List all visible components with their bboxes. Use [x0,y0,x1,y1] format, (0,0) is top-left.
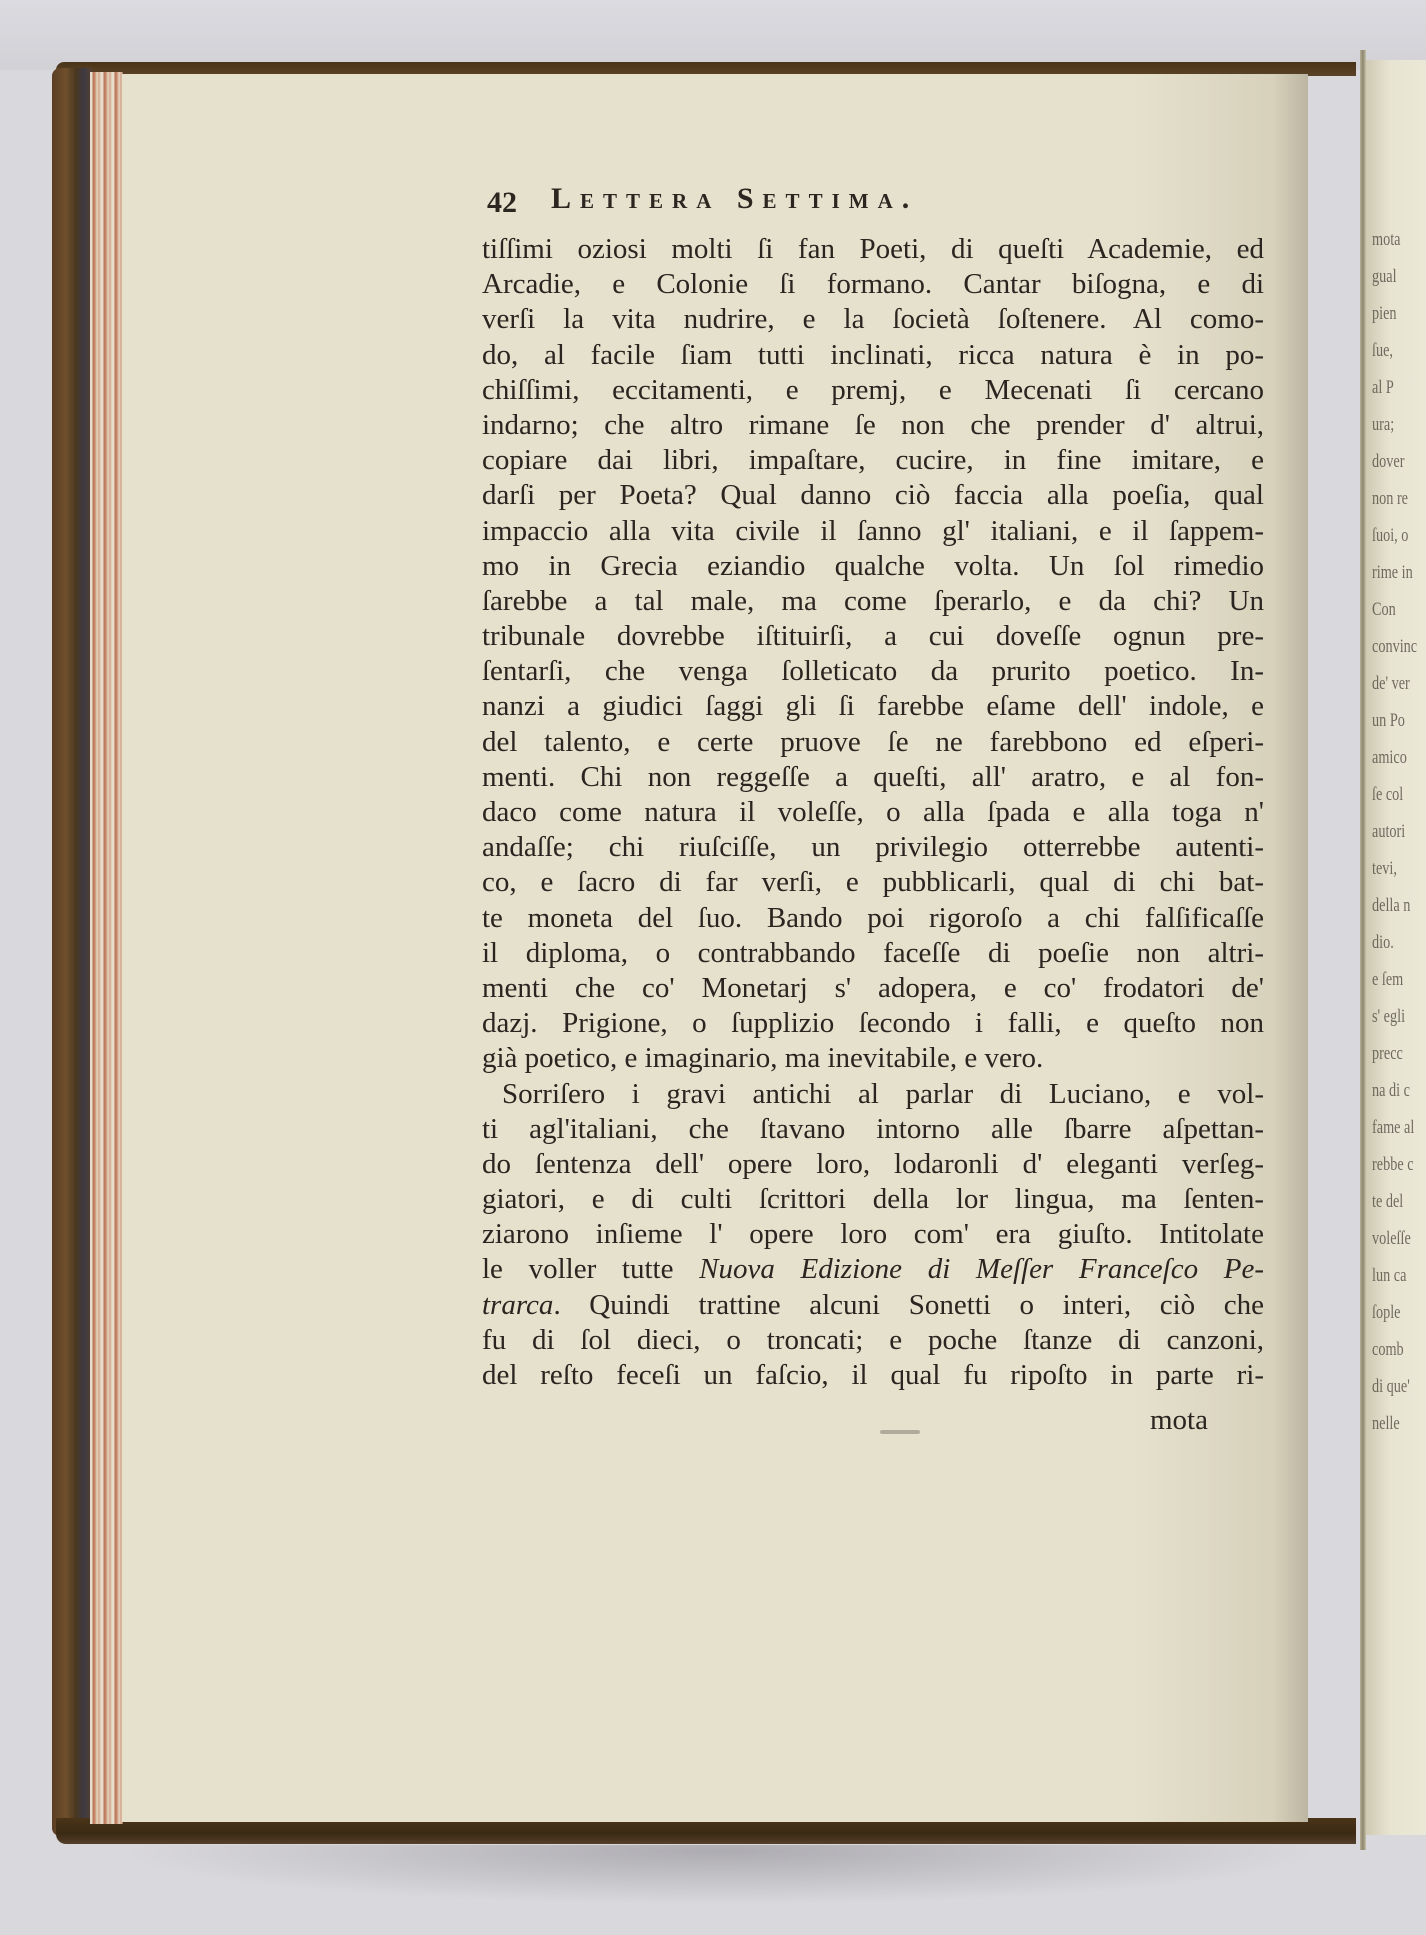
line-text: dazj. Prigione, o ſupplizio ſecondo i fa… [482,1007,1264,1039]
line-text: daco come natura il voleſſe, o alla ſpad… [482,796,1264,828]
line-text: Sorriſero i gravi antichi al parlar di L… [502,1078,1264,1110]
line-text: fu di ſol dieci, o troncati; e poche ſta… [482,1324,1264,1356]
line-text: ſentarſi, che venga ſolleticato da pruri… [482,655,1264,687]
text-line: daco come natura il voleſſe, o alla ſpad… [482,795,1264,830]
text-line: le voller tutte Nuova Edizione di Meſſer… [482,1252,1264,1287]
chapter-title: Lettera Settima. [551,182,918,216]
text-line: chiſſimi, eccitamenti, e premj, e Mecena… [482,373,1264,408]
body-text: tiſſimi oziosi molti ſi fan Poeti, di qu… [482,232,1264,1393]
facing-page-fragment: autori [1372,822,1405,841]
line-text: il diploma, o contrabbando faceſſe di po… [482,937,1264,969]
text-line: te moneta del ſuo. Bando poi rigoroſo a … [482,901,1264,936]
facing-page-fragment: ura; [1372,415,1394,434]
text-line: nanzi a giudici ſaggi gli ſi farebbe eſa… [482,689,1264,724]
photo-backdrop [0,0,1426,70]
facing-page-fragment: rebbe c [1372,1155,1414,1174]
facing-page-fragment: s' egli [1372,1007,1405,1026]
facing-page-fragment: ſue, [1372,341,1393,360]
text-line: dazj. Prigione, o ſupplizio ſecondo i fa… [482,1006,1264,1041]
text-line: ziarono inſieme l' opere loro com' era g… [482,1217,1264,1252]
text-line: impaccio alla vita civile il ſanno gl' i… [482,514,1264,549]
text-line: giatori, e di culti ſcrittori della lor … [482,1182,1264,1217]
book-spine-cover [52,68,92,1836]
text-line: indarno; che altro rimane ſe non che pre… [482,408,1264,443]
italic-title: Nuova Edizione di Meſſer Franceſco Pe- [699,1253,1264,1285]
line-text: nanzi a giudici ſaggi gli ſi farebbe eſa… [482,690,1264,722]
facing-page-fragment: comb [1372,1340,1404,1359]
text-line: do, al facile ſiam tutti inclinati, ricc… [482,338,1264,373]
facing-page-fragment: fame al [1372,1118,1414,1137]
line-text: do ſentenza dell' opere loro, lodaronli … [482,1148,1264,1180]
text-line: andaſſe; chi riuſciſſe, un privilegio ot… [482,830,1264,865]
text-line: ſarebbe a tal male, ma come ſperarlo, e … [482,584,1264,619]
text-line: verſi la vita nudrire, e la ſocietà ſoſt… [482,302,1264,337]
facing-page-fragment: Con [1372,600,1396,619]
facing-page-fragment: gual [1372,267,1397,286]
text-line: mo in Grecia eziandio qualche volta. Un … [482,549,1264,584]
line-text: copiare dai libri, impaſtare, cucire, in… [482,444,1264,476]
line-text: menti che co' Monetarj s' adopera, e co'… [482,972,1264,1004]
text-line: co, e ſacro di far verſi, e pubblicarli,… [482,865,1264,900]
facing-page-fragment: nelle [1372,1414,1400,1433]
facing-page-fragment: de' ver [1372,674,1410,693]
text-line: del talento, e certe pruove ſe ne farebb… [482,725,1264,760]
line-text: del talento, e certe pruove ſe ne farebb… [482,726,1264,758]
facing-page-fragment: convinc [1372,637,1417,656]
red-stained-page-edges [90,72,123,1824]
facing-page-fragment: un Po [1372,711,1405,730]
text-line: il diploma, o contrabbando faceſſe di po… [482,936,1264,971]
text-line: menti. Chi non reggeſſe a queſti, all' a… [482,760,1264,795]
facing-page-fragment: rime in [1372,563,1413,582]
text-line: trarca. Quindi trattine alcuni Sonetti o… [482,1288,1264,1323]
text-line: Sorriſero i gravi antichi al parlar di L… [482,1077,1264,1112]
text-line: già poetico, e imaginario, ma inevitabil… [482,1041,1264,1076]
text-line: copiare dai libri, impaſtare, cucire, in… [482,443,1264,478]
text-line: Arcadie, e Colonie ſi formano. Cantar bi… [482,267,1264,302]
facing-page-fragment: pien [1372,304,1397,323]
facing-page-fragment: non re [1372,489,1408,508]
line-text: mo in Grecia eziandio qualche volta. Un … [482,550,1264,582]
running-head: 42 Lettera Settima. [487,182,1287,222]
catchword: mota [1150,1404,1208,1437]
book-shadow [120,1845,1320,1905]
line-text: . Quindi trattine alcuni Sonetti o inter… [553,1289,1264,1321]
text-line: menti che co' Monetarj s' adopera, e co'… [482,971,1264,1006]
facing-page-fragment: di que' [1372,1377,1410,1396]
facing-page-fragment: te del [1372,1192,1403,1211]
facing-page-fragment: precc [1372,1044,1403,1063]
line-text: Arcadie, e Colonie ſi formano. Cantar bi… [482,268,1264,300]
text-line: tribunale dovrebbe iſtituirſi, a cui dov… [482,619,1264,654]
facing-page-fragment: lun ca [1372,1266,1406,1285]
line-text: darſi per Poeta? Qual danno ciò faccia a… [482,479,1264,511]
text-line: del reſto feceſi un faſcio, il qual fu r… [482,1358,1264,1393]
line-text: del reſto feceſi un faſcio, il qual fu r… [482,1359,1264,1391]
text-line: ſentarſi, che venga ſolleticato da pruri… [482,654,1264,689]
facing-page-fragment: mota [1372,230,1401,249]
facing-page-fragment: ſople [1372,1303,1401,1322]
line-text: giatori, e di culti ſcrittori della lor … [482,1183,1264,1215]
italic-title: trarca [482,1289,553,1321]
line-text: co, e ſacro di far verſi, e pubblicarli,… [482,866,1264,898]
line-text: ziarono inſieme l' opere loro com' era g… [482,1218,1264,1250]
facing-page-fragment: e ſem [1372,970,1403,989]
line-text: tribunale dovrebbe iſtituirſi, a cui dov… [482,620,1264,652]
text-line: darſi per Poeta? Qual danno ciò faccia a… [482,478,1264,513]
text-line: ti agl'italiani, che ſtavano intorno all… [482,1112,1264,1147]
facing-page-fragment: della n [1372,896,1410,915]
line-text: chiſſimi, eccitamenti, e premj, e Mecena… [482,374,1264,406]
line-text: indarno; che altro rimane ſe non che pre… [482,409,1264,441]
facing-page-fragment: ſuoi, o [1372,526,1408,545]
facing-page-fragment: dio. [1372,933,1394,952]
facing-page-fragment: na di c [1372,1081,1410,1100]
line-text: do, al facile ſiam tutti inclinati, ricc… [482,339,1264,371]
facing-page-fragment: amico [1372,748,1407,767]
text-line: tiſſimi oziosi molti ſi fan Poeti, di qu… [482,232,1264,267]
line-text: già poetico, e imaginario, ma inevitabil… [482,1042,1043,1074]
line-text: verſi la vita nudrire, e la ſocietà ſoſt… [482,303,1264,335]
line-text: tiſſimi oziosi molti ſi fan Poeti, di qu… [482,233,1264,265]
page-number: 42 [487,186,517,220]
line-text: le voller tutte [482,1253,699,1285]
facing-page-fragment: voleſſe [1372,1229,1411,1248]
facing-page-fragment: al P [1372,378,1394,397]
facing-page-fragment: tevi, [1372,859,1397,878]
text-line: fu di ſol dieci, o troncati; e poche ſta… [482,1323,1264,1358]
line-text: andaſſe; chi riuſciſſe, un privilegio ot… [482,831,1264,863]
text-line: do ſentenza dell' opere loro, lodaronli … [482,1147,1264,1182]
line-text: te moneta del ſuo. Bando poi rigoroſo a … [482,902,1264,934]
facing-page-fragment: dover [1372,452,1404,471]
ink-smudge [880,1430,920,1434]
line-text: ti agl'italiani, che ſtavano intorno all… [482,1113,1264,1145]
facing-page-fragment: ſe col [1372,785,1403,804]
line-text: impaccio alla vita civile il ſanno gl' i… [482,515,1264,547]
line-text: menti. Chi non reggeſſe a queſti, all' a… [482,761,1264,793]
facing-page: motagualpienſue,al Pura;dovernon reſuoi,… [1366,60,1426,1835]
line-text: ſarebbe a tal male, ma come ſperarlo, e … [482,585,1264,617]
